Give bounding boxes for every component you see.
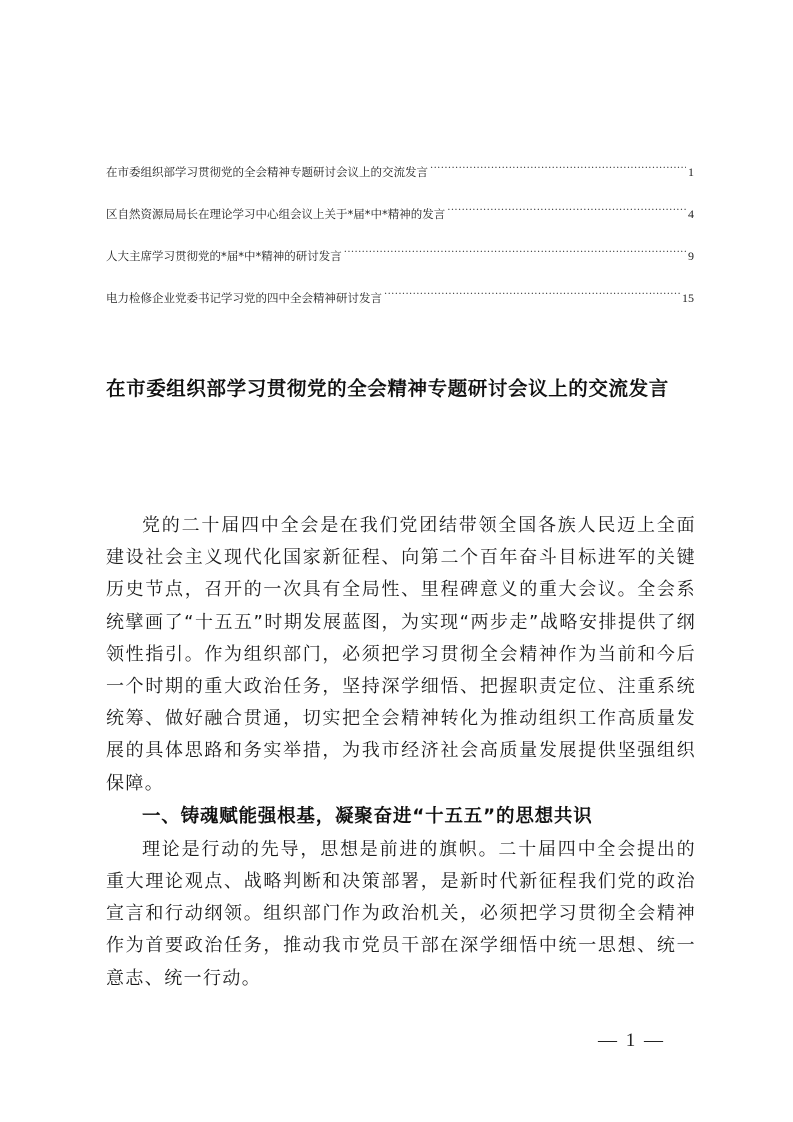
toc-entry-title: 电力检修企业党委书记学习党的四中全会精神研讨发言 bbox=[106, 288, 382, 308]
toc-entry-page: 1 bbox=[688, 162, 694, 182]
toc-entry[interactable]: 在市委组织部学习贯彻党的全会精神专题研讨会议上的交流发言 1 bbox=[106, 162, 694, 182]
section-paragraph: 理论是行动的先导，思想是前进的旗帜。二十届四中全会提出的重大理论观点、战略判断和… bbox=[106, 834, 696, 995]
toc-entry-page: 4 bbox=[688, 204, 694, 224]
toc-entry-title: 人大主席学习贯彻党的*届*中*精神的研讨发言 bbox=[106, 246, 342, 266]
toc-entry[interactable]: 区自然资源局局长在理论学习中心组会议上关于*届*中*精神的发言 4 bbox=[106, 204, 694, 224]
document-title: 在市委组织部学习贯彻党的全会精神专题研讨会议上的交流发言 bbox=[106, 366, 696, 411]
toc-entry[interactable]: 人大主席学习贯彻党的*届*中*精神的研讨发言 9 bbox=[106, 246, 694, 266]
toc-dot-leader bbox=[430, 162, 686, 176]
document-body: 党的二十届四中全会是在我们党团结带领全国各族人民迈上全面建设社会主义现代化国家新… bbox=[106, 510, 696, 995]
toc-entry-page: 9 bbox=[688, 246, 694, 266]
toc-dot-leader bbox=[384, 288, 680, 302]
toc-entry-title: 区自然资源局局长在理论学习中心组会议上关于*届*中*精神的发言 bbox=[106, 204, 445, 224]
table-of-contents: 在市委组织部学习贯彻党的全会精神专题研讨会议上的交流发言 1 区自然资源局局长在… bbox=[106, 162, 694, 330]
toc-dot-leader bbox=[344, 246, 686, 260]
toc-dot-leader bbox=[447, 204, 686, 218]
intro-paragraph: 党的二十届四中全会是在我们党团结带领全国各族人民迈上全面建设社会主义现代化国家新… bbox=[106, 510, 696, 800]
toc-entry-page: 15 bbox=[682, 288, 694, 308]
toc-entry[interactable]: 电力检修企业党委书记学习党的四中全会精神研讨发言 15 bbox=[106, 288, 694, 308]
section-heading: 一、铸魂赋能强根基，凝聚奋进“十五五”的思想共识 bbox=[106, 800, 696, 834]
toc-entry-title: 在市委组织部学习贯彻党的全会精神专题研讨会议上的交流发言 bbox=[106, 162, 428, 182]
page-number: — 1 — bbox=[598, 1030, 665, 1052]
